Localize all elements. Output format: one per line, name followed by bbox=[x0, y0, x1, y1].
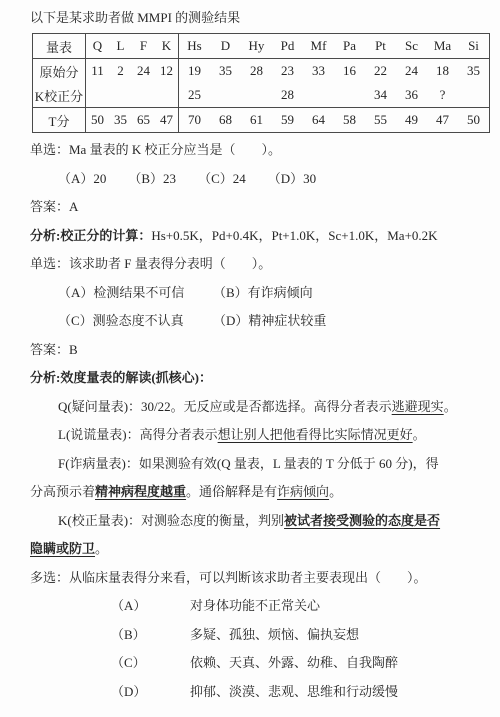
table-cell: Mf bbox=[303, 34, 334, 59]
table-cell: 68 bbox=[210, 108, 241, 133]
table-data-row: K校正分25283436? bbox=[33, 83, 490, 108]
table-cell: Hs bbox=[179, 34, 211, 59]
table-cell: D bbox=[210, 34, 241, 59]
table-cell: 28 bbox=[272, 83, 303, 108]
q3-option-a-label: （A） bbox=[111, 592, 190, 621]
table-cell bbox=[210, 83, 241, 108]
table-cell: Hy bbox=[241, 34, 272, 59]
q2-option-b: （B）有诈病倾向 bbox=[213, 285, 313, 300]
q1-analysis-text: Hs+0.5K，Pd+0.4K，Pt+1.0K，Sc+1.0K，Ma+0.2K bbox=[151, 228, 437, 243]
table-cell: 35 bbox=[458, 59, 490, 84]
q3-option-d-label: （D） bbox=[111, 678, 190, 707]
q1-option-c: （C）24 bbox=[198, 171, 246, 186]
table-cell: ? bbox=[427, 83, 458, 108]
table-cell: 28 bbox=[241, 59, 272, 84]
q3-option-a: （A）对身体功能不正常关心 bbox=[30, 592, 486, 621]
l-scale-text: L(说谎量表)：高得分者表示 bbox=[58, 427, 218, 442]
q3-option-a-text: 对身体功能不正常关心 bbox=[190, 598, 320, 613]
q2-analysis-label: 分析:效度量表的解读(抓核心)： bbox=[30, 370, 212, 385]
table-cell: Pd bbox=[272, 34, 303, 59]
q1-option-d: （D）30 bbox=[268, 171, 316, 186]
q2-question: 单选：该求助者 F 量表得分表明（ ）。 bbox=[30, 250, 486, 279]
k-scale-line1: K(校正量表)：对测验态度的衡量，判别 bbox=[58, 513, 284, 528]
q2-option-d: （D）精神症状较重 bbox=[213, 313, 326, 328]
table-cell: 25 bbox=[179, 83, 211, 108]
table-cell: 47 bbox=[427, 108, 458, 133]
table-cell bbox=[334, 83, 365, 108]
table-cell bbox=[109, 83, 132, 108]
f-scale-underline: 诈病倾向 bbox=[277, 484, 329, 499]
table-cell bbox=[303, 83, 334, 108]
l-scale-underline: 想让别人把他看得比实际情况更好 bbox=[218, 427, 413, 442]
analysis-f-scale: F(诈病量表)：如果测验有效(Q 量表，L 量表的 T 分低于 60 分)，得分… bbox=[30, 450, 486, 507]
table-cell: 16 bbox=[334, 59, 365, 84]
q3-option-b: （B）多疑、孤独、烦恼、偏执妄想 bbox=[30, 621, 486, 650]
table-row-label: 量表 bbox=[33, 34, 86, 59]
table-cell bbox=[241, 83, 272, 108]
q-scale-text: Q(疑问量表)：30/22。无反应或是否都选择。高得分者表示 bbox=[58, 399, 392, 414]
table-cell bbox=[458, 83, 490, 108]
q1-option-b: （B）23 bbox=[128, 171, 176, 186]
table-cell: 61 bbox=[241, 108, 272, 133]
q2-option-c: （C）测验态度不认真 bbox=[58, 307, 213, 336]
table-cell: F bbox=[132, 34, 155, 59]
table-cell: Sc bbox=[396, 34, 427, 59]
q2-answer: 答案：B bbox=[30, 336, 486, 365]
q3-option-c: （C）依赖、天真、外露、幼稚、自我陶醉 bbox=[30, 649, 486, 678]
table-cell: 34 bbox=[365, 83, 396, 108]
table-cell: 18 bbox=[427, 59, 458, 84]
analysis-q-scale: Q(疑问量表)：30/22。无反应或是否都选择。高得分者表示逃避现实。 bbox=[30, 393, 486, 422]
q3-option-b-text: 多疑、孤独、烦恼、偏执妄想 bbox=[190, 627, 359, 642]
document-title: 以下是某求助者做 MMPI 的测验结果 bbox=[30, 10, 486, 26]
table-cell: 19 bbox=[179, 59, 211, 84]
table-cell: 47 bbox=[155, 108, 179, 133]
q2-option-a: （A）检测结果不可信 bbox=[58, 279, 213, 308]
f-scale-period: 。 bbox=[329, 484, 342, 499]
analysis-l-scale: L(说谎量表)：高得分者表示想让别人把他看得比实际情况更好。 bbox=[30, 421, 486, 450]
q3-option-d: （D）抑郁、淡漠、悲观、思维和行动缓慢 bbox=[30, 678, 486, 707]
q3-option-b-label: （B） bbox=[111, 621, 190, 650]
table-cell: Si bbox=[458, 34, 490, 59]
f-scale-line1: F(诈病量表)：如果测验有效(Q 量表，L 量表的 T 分低于 60 分)，得 bbox=[58, 456, 439, 471]
table-cell: Pt bbox=[365, 34, 396, 59]
table-cell: 24 bbox=[396, 59, 427, 84]
q2-options-row-2: （C）测验态度不认真（D）精神症状较重 bbox=[30, 307, 486, 336]
q2-analysis-title: 分析:效度量表的解读(抓核心)： bbox=[30, 364, 486, 393]
table-cell bbox=[155, 83, 179, 108]
q1-analysis-label: 分析:校正分的计算： bbox=[30, 228, 151, 243]
table-cell: 64 bbox=[303, 108, 334, 133]
table-cell: 2 bbox=[109, 59, 132, 84]
q1-analysis: 分析:校正分的计算：Hs+0.5K，Pd+0.4K，Pt+1.0K，Sc+1.0… bbox=[30, 222, 486, 251]
table-cell: 24 bbox=[132, 59, 155, 84]
q1-options: （A）20（B）23（C）24（D）30 bbox=[30, 165, 486, 194]
l-scale-period: 。 bbox=[413, 427, 426, 442]
table-cell: 70 bbox=[179, 108, 211, 133]
table-cell: 35 bbox=[210, 59, 241, 84]
q3-option-c-label: （C） bbox=[111, 649, 190, 678]
f-scale-bold-underline: 精神病程度越重 bbox=[95, 484, 186, 499]
mmpi-results-table: 量表QLFKHsDHyPdMfPaPtScMaSi原始分112241219352… bbox=[32, 33, 490, 133]
q2-options-row-1: （A）检测结果不可信（B）有诈病倾向 bbox=[30, 279, 486, 308]
table-cell: Ma bbox=[427, 34, 458, 59]
f-scale-mid: 。通俗解释是有 bbox=[186, 484, 277, 499]
q3-option-d-text: 抑郁、淡漠、悲观、思维和行动缓慢 bbox=[190, 684, 398, 699]
q3-option-c-text: 依赖、天真、外露、幼稚、自我陶醉 bbox=[190, 655, 398, 670]
table-cell: 12 bbox=[155, 59, 179, 84]
k-scale-bold-underline-1: 被试者接受测验的态度是否 bbox=[284, 513, 440, 528]
document-page: 以下是某求助者做 MMPI 的测验结果 量表QLFKHsDHyPdMfPaPtS… bbox=[0, 0, 500, 706]
f-scale-line2: 分高预示着 bbox=[30, 484, 95, 499]
table-cell: 55 bbox=[365, 108, 396, 133]
table-row-label: 原始分 bbox=[33, 59, 86, 84]
table-cell: 50 bbox=[86, 108, 110, 133]
q1-question: 单选：Ma 量表的 K 校正分应当是（ ）。 bbox=[30, 136, 486, 165]
k-scale-bold-underline-2: 隐瞒或防卫 bbox=[30, 541, 95, 556]
table-cell bbox=[86, 83, 110, 108]
table-cell: 49 bbox=[396, 108, 427, 133]
q-scale-underline: 逃避现实 bbox=[392, 399, 444, 414]
table-cell: 59 bbox=[272, 108, 303, 133]
q1-answer: 答案：A bbox=[30, 193, 486, 222]
table-data-row: 原始分112241219352823331622241835 bbox=[33, 59, 490, 84]
table-header-row: 量表QLFKHsDHyPdMfPaPtScMaSi bbox=[33, 34, 490, 59]
table-row-label: T分 bbox=[33, 108, 86, 133]
table-data-row: T分5035654770686159645855494750 bbox=[33, 108, 490, 133]
k-scale-period: 。 bbox=[95, 541, 108, 556]
q3-question: 多选：从临床量表得分来看，可以判断该求助者主要表现出（ ）。 bbox=[30, 564, 486, 593]
table-cell: Q bbox=[86, 34, 110, 59]
table-row-label: K校正分 bbox=[33, 83, 86, 108]
table-cell: 35 bbox=[109, 108, 132, 133]
table-cell: 11 bbox=[86, 59, 110, 84]
table-cell: 50 bbox=[458, 108, 490, 133]
q-scale-period: 。 bbox=[444, 399, 457, 414]
table-cell: 22 bbox=[365, 59, 396, 84]
table-cell: 36 bbox=[396, 83, 427, 108]
table-cell: 33 bbox=[303, 59, 334, 84]
table-cell: 65 bbox=[132, 108, 155, 133]
table-cell: Pa bbox=[334, 34, 365, 59]
table-cell: 58 bbox=[334, 108, 365, 133]
analysis-k-scale: K(校正量表)：对测验态度的衡量，判别被试者接受测验的态度是否隐瞒或防卫。 bbox=[30, 507, 486, 564]
q1-option-a: （A）20 bbox=[58, 171, 106, 186]
table-cell bbox=[132, 83, 155, 108]
table-cell: K bbox=[155, 34, 179, 59]
table-cell: L bbox=[109, 34, 132, 59]
table-cell: 23 bbox=[272, 59, 303, 84]
